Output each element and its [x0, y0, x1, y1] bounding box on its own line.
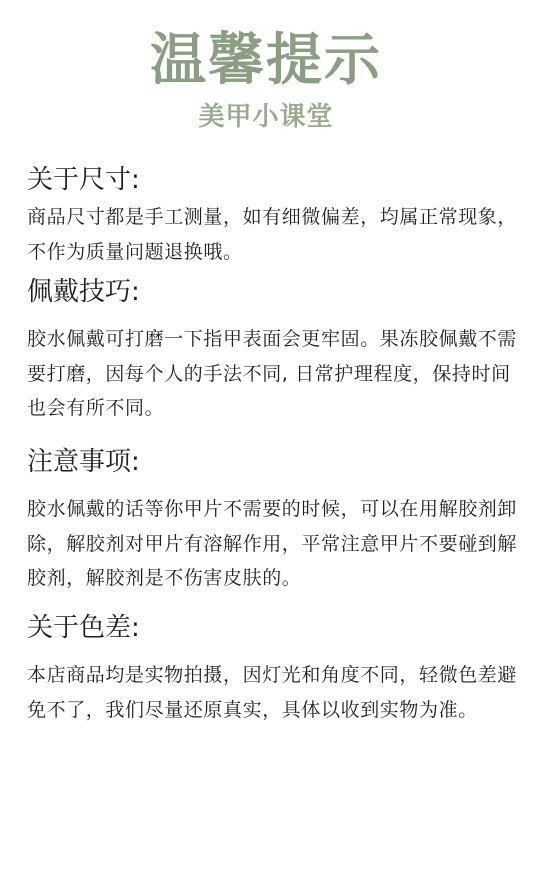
section-wearing-tips: 佩戴技巧: 胶水佩戴可打磨一下指甲表面会更牢固。果冻胶佩戴不需要打磨，因每个人的… — [27, 276, 517, 426]
section-body: 胶水佩戴可打磨一下指甲表面会更牢固。果冻胶佩戴不需要打磨，因每个人的手法不同, … — [27, 322, 517, 426]
section-precautions: 注意事项: 胶水佩戴的话等你甲片不需要的时候，可以在用解胶剂卸除，解胶剂对甲片有… — [27, 446, 517, 596]
section-heading: 佩戴技巧: — [27, 276, 517, 308]
section-body: 胶水佩戴的话等你甲片不需要的时候，可以在用解胶剂卸除，解胶剂对甲片有溶解作用，平… — [27, 492, 517, 596]
section-body: 商品尺寸都是手工测量，如有细微偏差，均属正常现象，不作为质量问题退换哦。 — [27, 200, 517, 269]
page-title: 温馨提示 — [0, 28, 532, 94]
section-heading: 关于色差: — [27, 612, 517, 644]
section-heading: 关于尺寸: — [27, 164, 517, 196]
section-heading: 注意事项: — [27, 446, 517, 478]
section-color-difference: 关于色差: 本店商品均是实物拍摄，因灯光和角度不同，轻微色差避免不了，我们尽量还… — [27, 612, 517, 727]
page-subtitle: 美甲小课堂 — [0, 100, 532, 134]
section-body: 本店商品均是实物拍摄，因灯光和角度不同，轻微色差避免不了，我们尽量还原真实，具体… — [27, 658, 517, 727]
section-size: 关于尺寸: 商品尺寸都是手工测量，如有细微偏差，均属正常现象，不作为质量问题退换… — [27, 164, 517, 269]
